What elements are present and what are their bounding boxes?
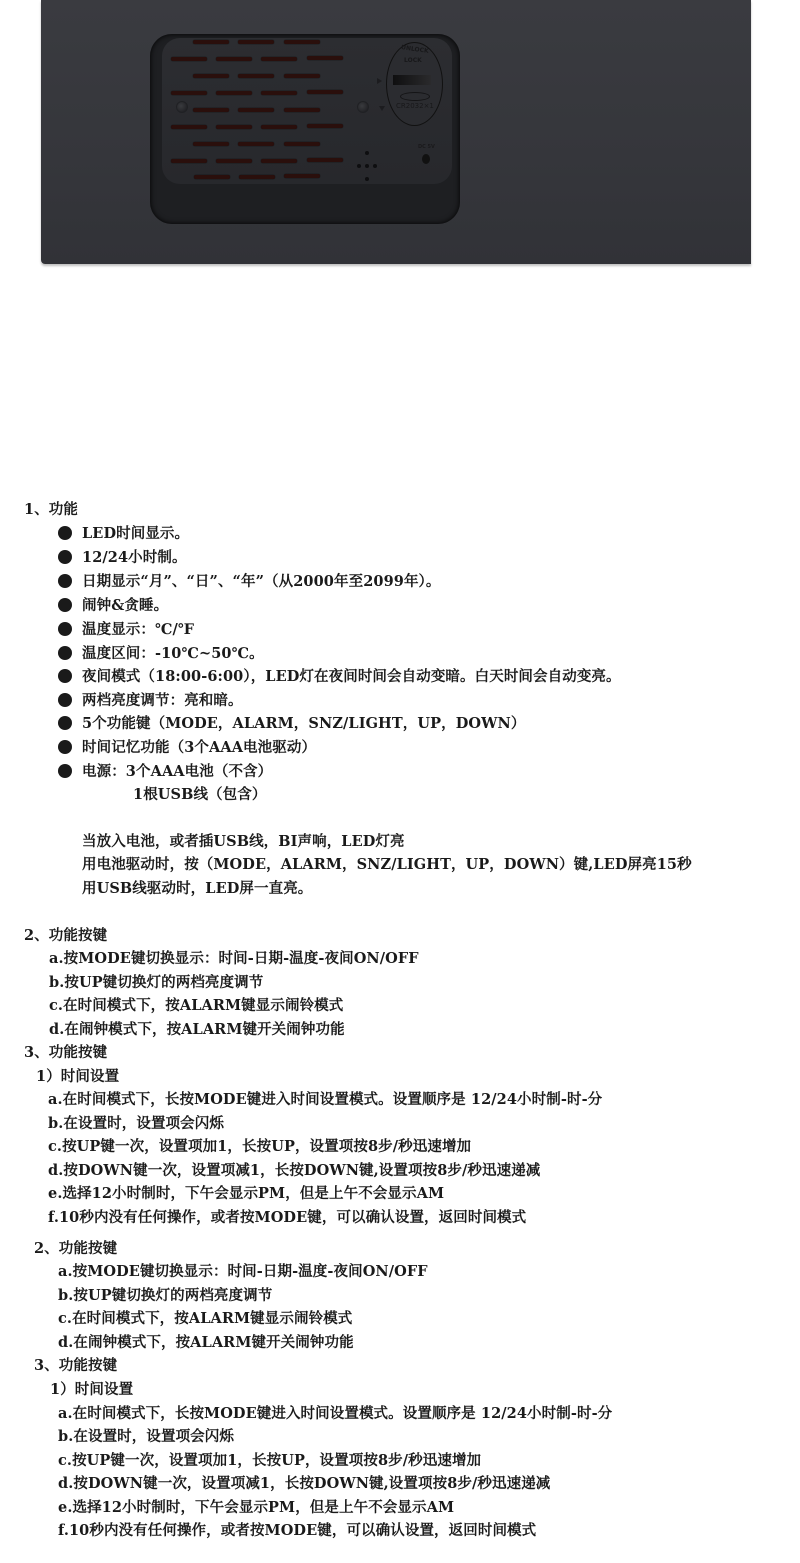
setting-item: a.在时间模式下，长按MODE键进入时间设置模式。设置顺序是 12/24小时制-… xyxy=(58,1404,612,1424)
battery-slot xyxy=(393,75,431,85)
power-note: 用电池驱动时，按（MODE，ALARM，SNZ/LIGHT，UP，DOWN）键,… xyxy=(82,855,692,875)
dc-input-label: DC 5V xyxy=(418,144,435,150)
dc-jack-icon xyxy=(422,154,430,164)
section-title: 1、功能 xyxy=(24,500,78,520)
feature-bullet: 夜间模式（18:00-6:00），LED灯在夜间时间会自动变暗。白天时间会自动变… xyxy=(58,667,621,687)
bullet-icon xyxy=(58,716,72,730)
coin-cell-glyph-icon xyxy=(400,92,430,101)
bullet-icon xyxy=(58,526,72,540)
power-extra: 1根USB线（包含） xyxy=(133,785,266,805)
setting-item: c.按UP键一次，设置项加1，长按UP，设置项按8步/秒迅速增加 xyxy=(48,1137,471,1157)
key-item: b.按UP键切换灯的两档亮度调节 xyxy=(58,1286,272,1306)
setting-item: f.10秒内没有任何操作，或者按MODE键，可以确认设置，返回时间模式 xyxy=(58,1521,536,1541)
arrow-left-icon xyxy=(377,78,382,84)
feature-bullet: 温度区间：-10℃~50℃。 xyxy=(58,644,264,664)
bullet-icon xyxy=(58,646,72,660)
feature-bullet: LED时间显示。 xyxy=(58,524,189,544)
section-title: 3、功能按键 xyxy=(24,1043,107,1063)
screw-left-icon xyxy=(176,101,188,113)
setting-item: d.按DOWN键一次，设置项减1，长按DOWN键,设置项按8步/秒迅速递减 xyxy=(58,1474,550,1494)
section-title: 2、功能按键 xyxy=(34,1239,117,1259)
section-title: 3、功能按键 xyxy=(34,1356,117,1376)
feature-bullet: 5个功能键（MODE，ALARM，SNZ/LIGHT，UP，DOWN） xyxy=(58,714,525,734)
bullet-icon xyxy=(58,622,72,636)
setting-item: c.按UP键一次，设置项加1，长按UP，设置项按8步/秒迅速增加 xyxy=(58,1451,481,1471)
setting-item: a.在时间模式下，长按MODE键进入时间设置模式。设置顺序是 12/24小时制-… xyxy=(48,1090,602,1110)
power-note: 当放入电池，或者插USB线，BI声响，LED灯亮 xyxy=(82,832,405,852)
key-item: a.按MODE键切换显示：时间-日期-温度-夜间ON/OFF xyxy=(58,1262,428,1282)
bullet-icon xyxy=(58,764,72,778)
subsection-title: 1）时间设置 xyxy=(36,1067,119,1087)
key-item: c.在时间模式下，按ALARM键显示闹铃模式 xyxy=(58,1309,352,1329)
feature-bullet: 时间记忆功能（3个AAA电池驱动） xyxy=(58,738,316,758)
feature-bullet: 日期显示“月”、“日”、“年”（从2000年至2099年）。 xyxy=(58,572,441,592)
setting-item: f.10秒内没有任何操作，或者按MODE键，可以确认设置，返回时间模式 xyxy=(48,1208,526,1228)
feature-bullet: 两档亮度调节：亮和暗。 xyxy=(58,691,243,711)
feature-bullet: 12/24小时制。 xyxy=(58,548,187,568)
key-item: c.在时间模式下，按ALARM键显示闹铃模式 xyxy=(49,996,343,1016)
bullet-icon xyxy=(58,574,72,588)
feature-bullet: 电源：3个AAA电池（不含） xyxy=(58,762,272,782)
feature-bullet: 闹钟&贪睡。 xyxy=(58,596,168,616)
key-item: a.按MODE键切换显示：时间-日期-温度-夜间ON/OFF xyxy=(49,949,419,969)
setting-item: b.在设置时，设置项会闪烁 xyxy=(58,1427,234,1447)
bullet-icon xyxy=(58,598,72,612)
subsection-title: 1）时间设置 xyxy=(50,1380,133,1400)
bullet-icon xyxy=(58,550,72,564)
setting-item: e.选择12小时制时，下午会显示PM，但是上午不会显示AM xyxy=(48,1184,444,1204)
bullet-icon xyxy=(58,669,72,683)
setting-item: d.按DOWN键一次，设置项减1，长按DOWN键,设置项按8步/秒迅速递减 xyxy=(48,1161,540,1181)
product-photo: UNLOCK LOCK CR2032×1 DC 5V xyxy=(0,0,800,290)
key-item: d.在闹钟模式下，按ALARM键开关闹钟功能 xyxy=(58,1333,354,1353)
bullet-icon xyxy=(58,740,72,754)
setting-item: b.在设置时，设置项会闪烁 xyxy=(48,1114,224,1134)
key-item: d.在闹钟模式下，按ALARM键开关闹钟功能 xyxy=(49,1020,345,1040)
battery-type-label: CR2032×1 xyxy=(396,102,434,110)
section-title: 2、功能按键 xyxy=(24,926,107,946)
bullet-icon xyxy=(58,693,72,707)
key-item: b.按UP键切换灯的两档亮度调节 xyxy=(49,973,263,993)
feature-bullet: 温度显示：℃/℉ xyxy=(58,620,194,640)
screw-right-icon xyxy=(357,101,369,113)
arrow-down-icon xyxy=(379,106,385,111)
power-note: 用USB线驱动时，LED屏一直亮。 xyxy=(82,879,312,899)
lock-label: LOCK xyxy=(404,57,422,64)
setting-item: e.选择12小时制时，下午会显示PM，但是上午不会显示AM xyxy=(58,1498,454,1518)
